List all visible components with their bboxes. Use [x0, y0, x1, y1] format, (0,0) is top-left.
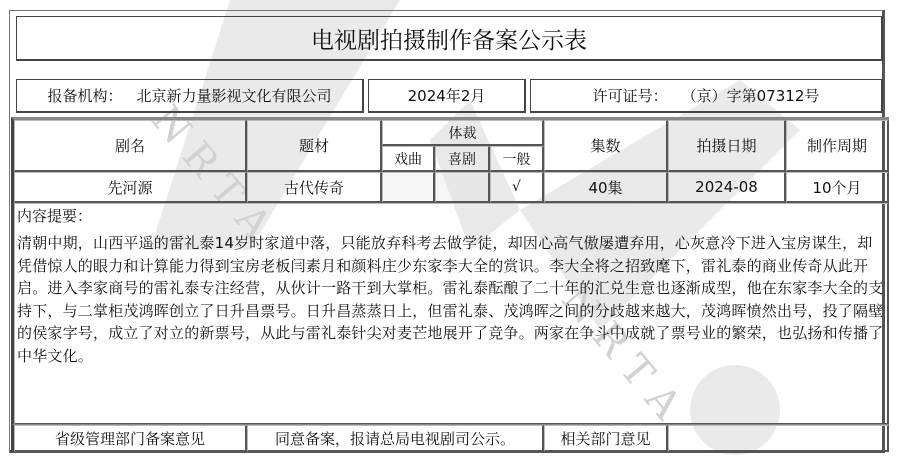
related-opinion	[668, 425, 889, 452]
cell-name: 先河源	[14, 172, 247, 203]
header-genre-comedy: 喜剧	[435, 146, 490, 172]
cell-episodes: 40集	[544, 172, 668, 203]
filing-table: 剧名 题材 体裁 集数 拍摄日期 制作周期 戏曲 喜剧 一般 先河源 古代传奇 …	[11, 117, 889, 425]
header-genre-general: 一般	[490, 146, 544, 172]
license-box: 许可证号： （京）字第07312号	[530, 79, 883, 113]
page-title: 电视剧拍摄制作备案公示表	[16, 16, 883, 61]
filing-org-name: 北京新力量影视文化有限公司	[137, 85, 332, 106]
provincial-opinion-label: 省级管理部门备案意见	[14, 425, 247, 452]
summary-text: 清朝中期，山西平遥的雷礼泰14岁时家道中落，只能放弃科考去做学徒，却因心高气傲屡…	[17, 232, 885, 367]
related-opinion-label: 相关部门意见	[544, 425, 668, 452]
checkmark-icon: √	[490, 172, 544, 203]
opinion-table: 省级管理部门备案意见 同意备案，报请总局电视剧司公示。 相关部门意见	[11, 424, 889, 452]
cell-shoot-date: 2024-08	[668, 172, 786, 203]
provincial-opinion: 同意备案，报请总局电视剧司公示。	[247, 425, 544, 452]
license-label: 许可证号：	[593, 85, 668, 106]
filing-org-box: 报备机构： 北京新力量影视文化有限公司	[16, 79, 364, 113]
license-number: （京）字第07312号	[682, 85, 820, 106]
header-shoot-date: 拍摄日期	[668, 120, 786, 172]
cell-genre-comedy	[435, 172, 490, 203]
header-production-period: 制作周期	[786, 120, 889, 172]
filing-date-box: 2024年2月	[368, 79, 526, 113]
summary-label: 内容提要：	[17, 206, 885, 232]
header-genre-opera: 戏曲	[382, 146, 435, 172]
filing-org-label: 报备机构：	[47, 85, 122, 106]
cell-subject: 古代传奇	[247, 172, 382, 203]
header-genre: 体裁	[382, 120, 544, 146]
header-episodes: 集数	[544, 120, 668, 172]
header-name: 剧名	[14, 120, 247, 172]
cell-genre-opera	[382, 172, 435, 203]
header-subject: 题材	[247, 120, 382, 172]
summary-section: 内容提要： 清朝中期，山西平遥的雷礼泰14岁时家道中落，只能放弃科考去做学徒，却…	[14, 203, 889, 425]
table-row: 先河源 古代传奇 √ 40集 2024-08 10个月	[14, 172, 889, 203]
cell-production-period: 10个月	[786, 172, 889, 203]
title-text: 电视剧拍摄制作备案公示表	[311, 22, 587, 55]
filing-date: 2024年2月	[408, 85, 486, 106]
